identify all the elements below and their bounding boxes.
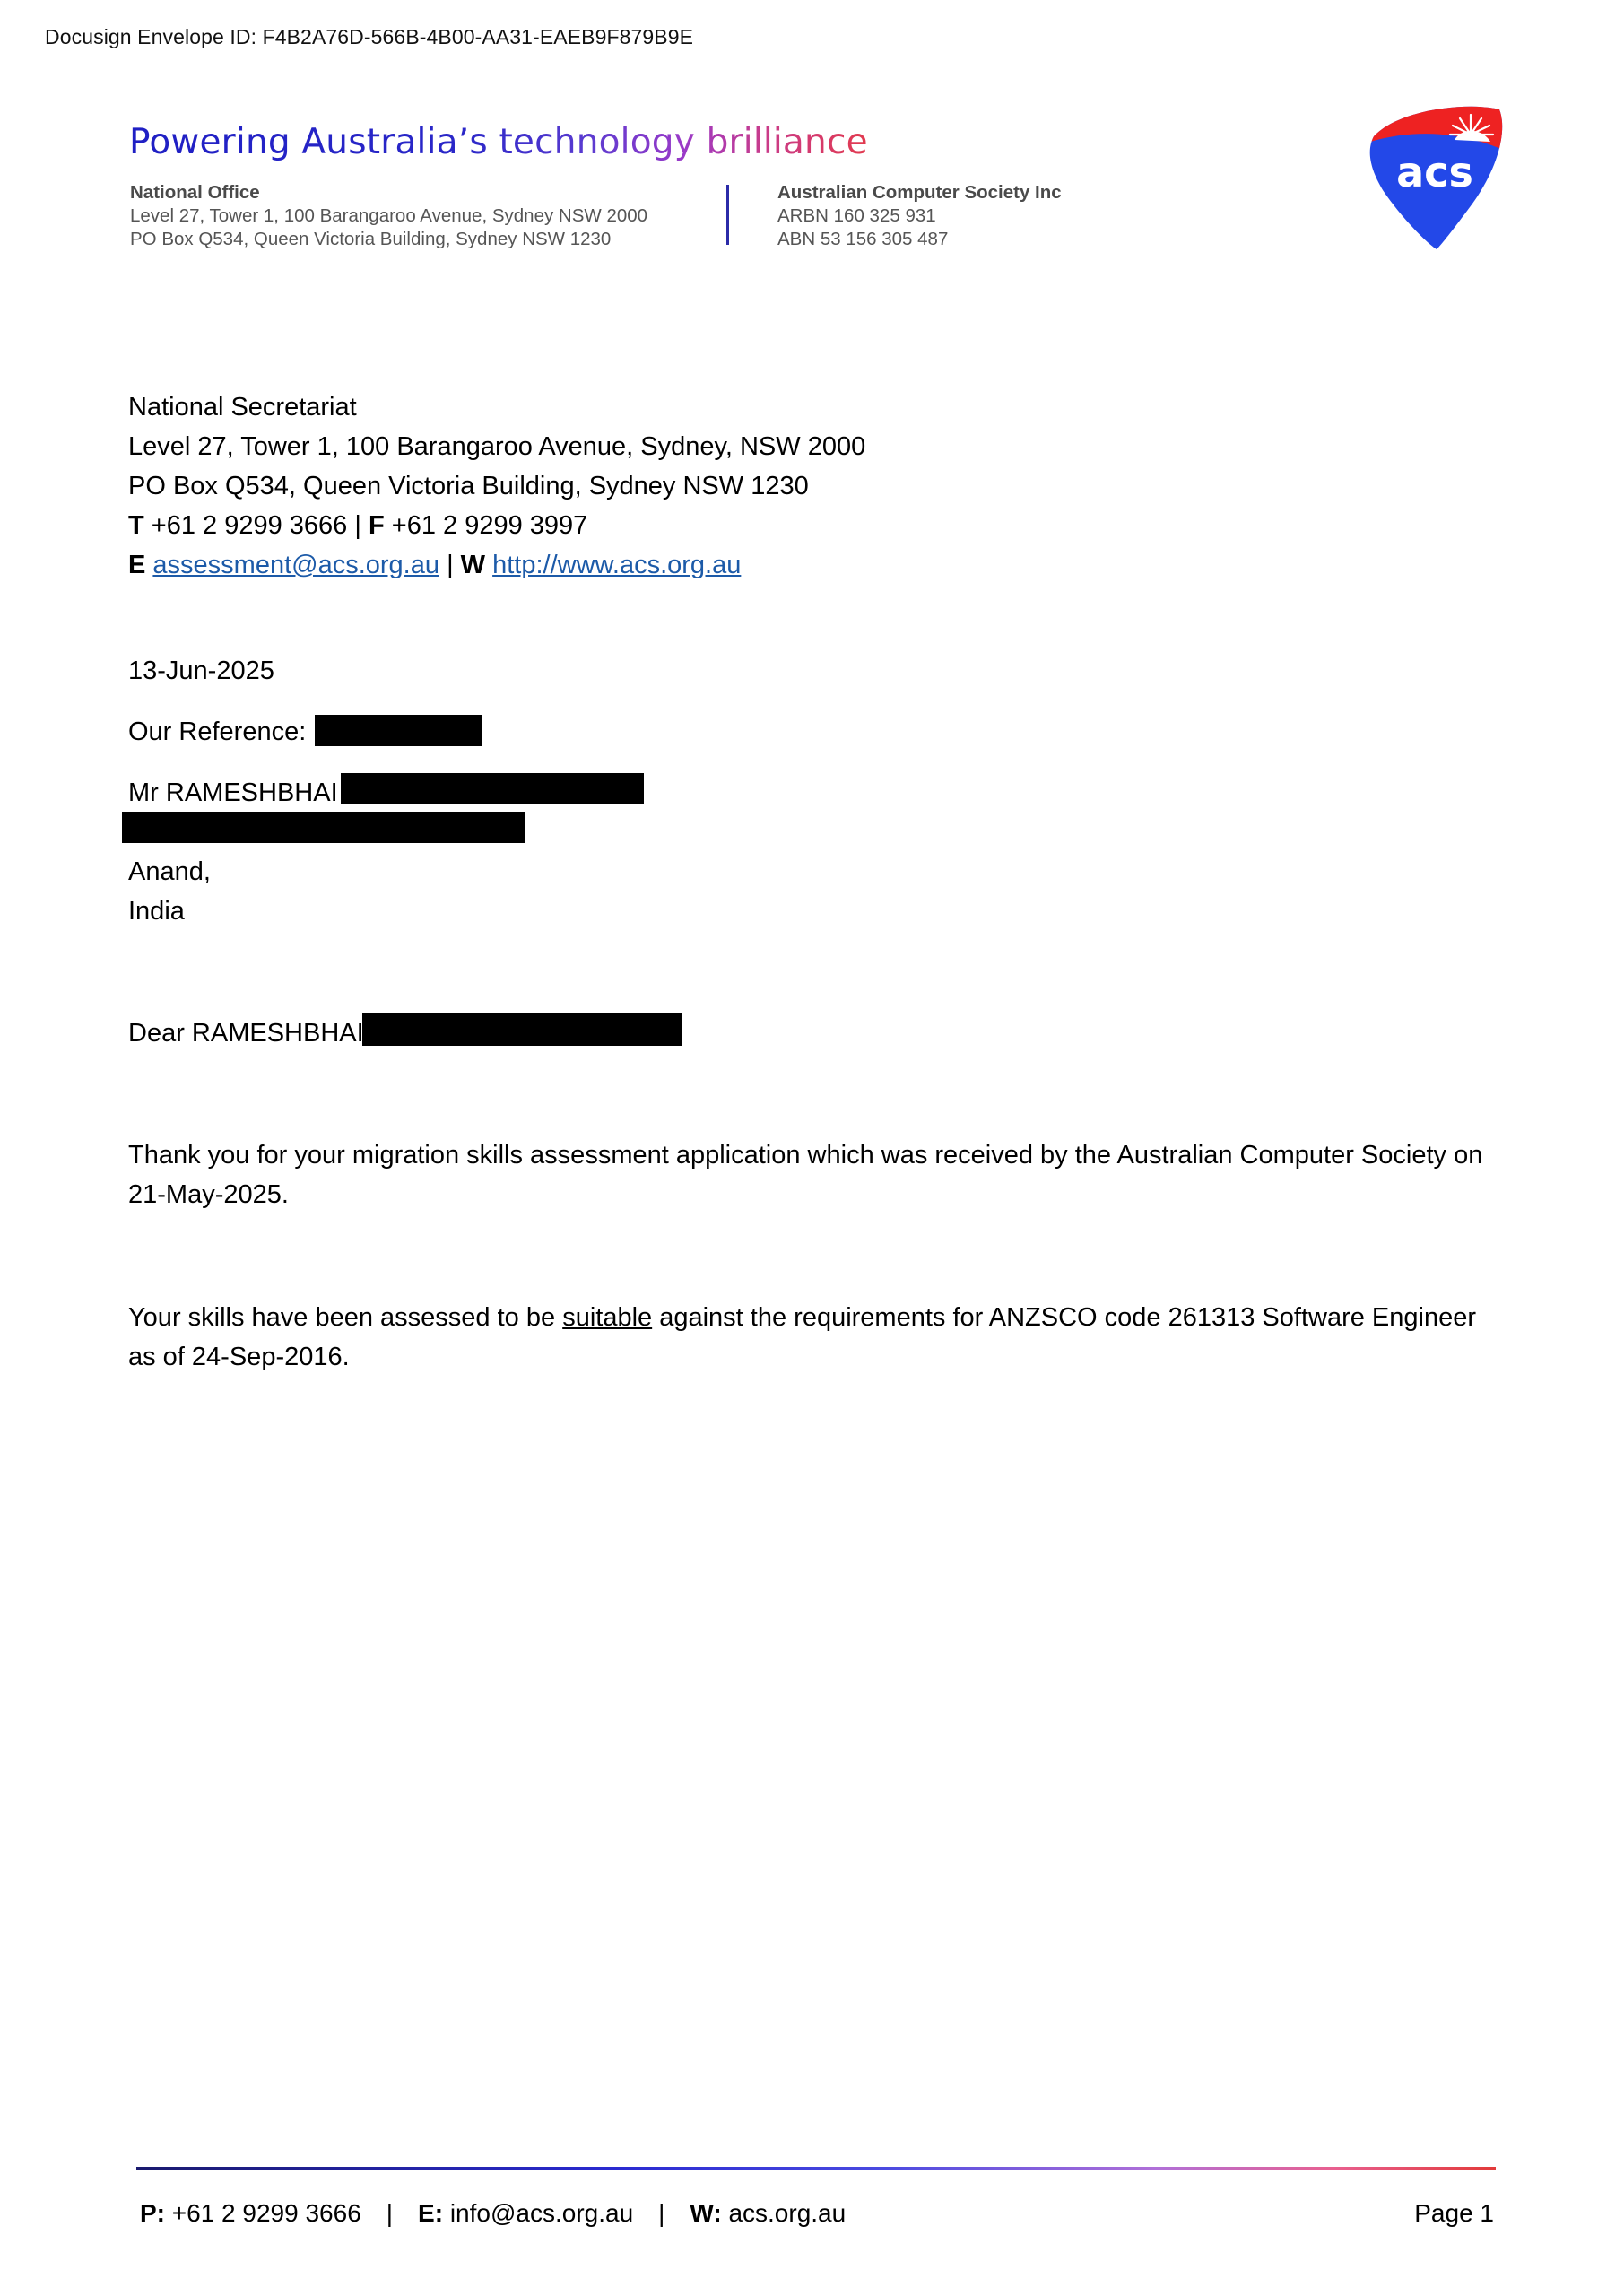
recipient-city: Anand, <box>128 857 211 887</box>
sender-address-line-1: Level 27, Tower 1, 100 Barangaroo Avenue… <box>128 431 865 462</box>
footer-phone-label: P: <box>140 2199 165 2227</box>
sender-phone-fax-line: T +61 2 9299 3666 | F +61 2 9299 3997 <box>128 510 587 541</box>
organisation-name: Australian Computer Society Inc <box>777 181 1062 204</box>
salutation: Dear RAMESHBHAI <box>128 1018 364 1048</box>
web-label: W <box>461 551 485 579</box>
phone-label: T <box>128 511 144 540</box>
email-label: E <box>128 551 145 579</box>
redacted-recipient-address <box>122 812 525 843</box>
organisation-block: Australian Computer Society Inc ARBN 160… <box>777 181 1062 251</box>
national-office-line: PO Box Q534, Queen Victoria Building, Sy… <box>130 228 647 251</box>
sender-email-web-line: E assessment@acs.org.au | W http://www.a… <box>128 550 741 580</box>
sender-phone: +61 2 9299 3666 <box>152 511 348 540</box>
redacted-recipient-surname <box>341 773 644 804</box>
paragraph-assessment-outcome: Your skills have been assessed to be sui… <box>128 1298 1491 1377</box>
separator: | <box>386 2199 393 2228</box>
sender-name: National Secretariat <box>128 392 357 422</box>
recipient-country: India <box>128 896 185 926</box>
footer-web: acs.org.au <box>728 2199 846 2227</box>
national-office-block: National Office Level 27, Tower 1, 100 B… <box>130 181 647 251</box>
separator: | <box>447 551 454 579</box>
letterhead-tagline: Powering Australia’s technology brillian… <box>129 122 868 162</box>
separator: | <box>658 2199 664 2228</box>
footer-email-label: E: <box>418 2199 443 2227</box>
outcome-text-before: Your skills have been assessed to be <box>128 1303 562 1332</box>
redacted-reference <box>315 715 482 746</box>
footer-phone: +61 2 9299 3666 <box>172 2199 361 2227</box>
recipient-name: Mr RAMESHBHAI <box>128 778 338 808</box>
organisation-abn: ABN 53 156 305 487 <box>777 228 1062 251</box>
fax-label: F <box>369 511 385 540</box>
redacted-salutation-surname <box>362 1013 682 1046</box>
page-number: Page 1 <box>1414 2199 1494 2228</box>
outcome-suitable: suitable <box>562 1303 652 1332</box>
footer-email: info@acs.org.au <box>450 2199 633 2227</box>
envelope-id-value: F4B2A76D-566B-4B00-AA31-EAEB9F879B9E <box>263 25 694 48</box>
letterhead-divider <box>726 185 729 245</box>
acs-website-link[interactable]: http://www.acs.org.au <box>492 551 741 579</box>
letter-date: 13-Jun-2025 <box>128 656 274 686</box>
separator: | <box>354 511 361 540</box>
footer-web-label: W: <box>690 2199 721 2227</box>
acs-shield-logo-icon: acs <box>1365 100 1508 253</box>
sender-fax: +61 2 9299 3997 <box>392 511 588 540</box>
footer-contact: P: +61 2 9299 3666|E: info@acs.org.au|W:… <box>140 2199 846 2228</box>
svg-text:acs: acs <box>1396 148 1473 196</box>
docusign-envelope-id: Docusign Envelope ID: F4B2A76D-566B-4B00… <box>45 25 693 49</box>
assessment-email-link[interactable]: assessment@acs.org.au <box>152 551 439 579</box>
reference-label: Our Reference: <box>128 717 306 747</box>
organisation-arbn: ARBN 160 325 931 <box>777 204 1062 228</box>
footer-divider <box>136 2167 1496 2170</box>
national-office-line: Level 27, Tower 1, 100 Barangaroo Avenue… <box>130 204 647 228</box>
envelope-label: Docusign Envelope ID: <box>45 25 256 48</box>
national-office-heading: National Office <box>130 181 647 204</box>
paragraph-application-received: Thank you for your migration skills asse… <box>128 1135 1491 1214</box>
sender-address-line-2: PO Box Q534, Queen Victoria Building, Sy… <box>128 471 809 501</box>
